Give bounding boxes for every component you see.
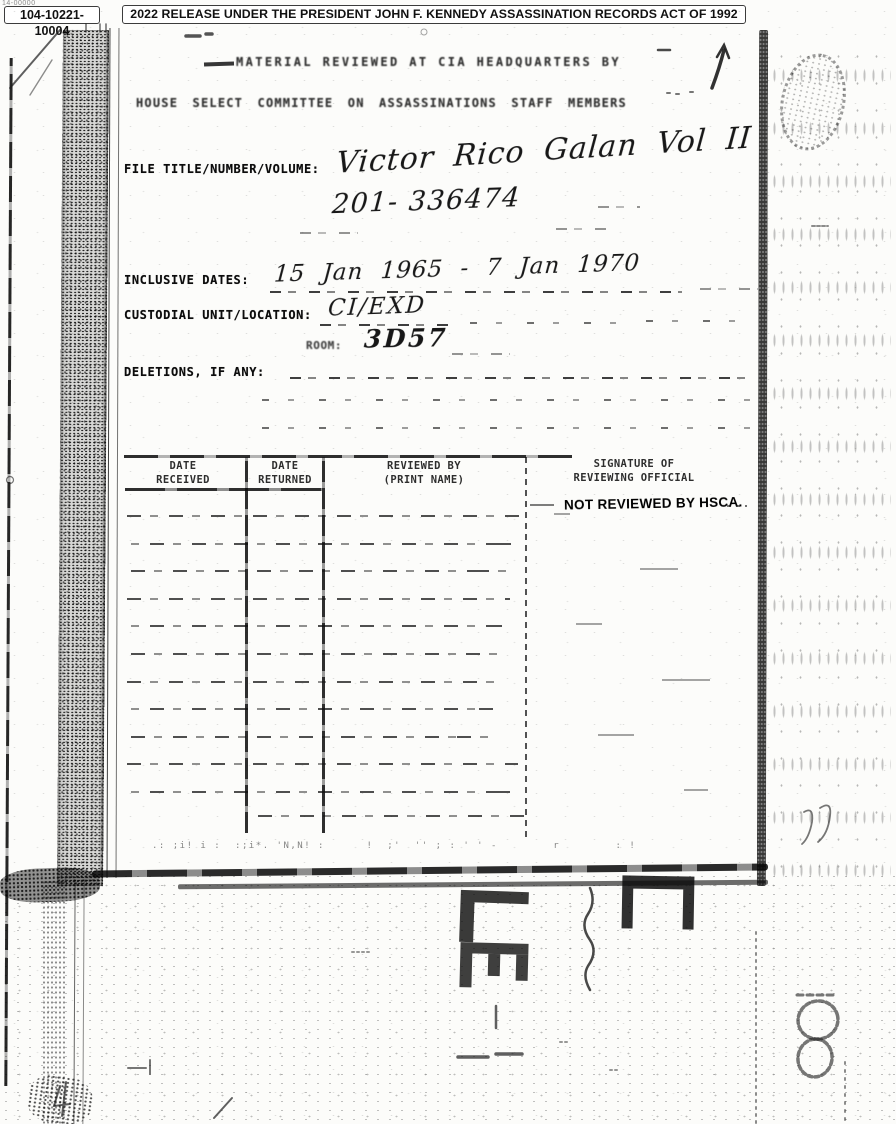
table-column-divider [245, 457, 248, 833]
row-fragment-dash [640, 568, 678, 570]
bottom-region-noise [0, 872, 896, 1124]
bottom-corner-smudge [25, 1072, 95, 1124]
row-fragment-dash [576, 623, 602, 625]
illegible-footer-text: .: ;i! i : :;i*. 'N,N! : ! ;' '' ; : ' '… [152, 841, 636, 851]
inclusive-dates-handwritten: 15 Jan 1965 - 7 Jan 1970 [273, 250, 641, 288]
blank-dashes [452, 353, 510, 355]
room-label: ROOM: [306, 339, 342, 352]
binding-shadow-band [57, 30, 109, 886]
blank-dashes [646, 320, 758, 322]
empty-review-row [127, 791, 515, 793]
binding-crease-bottom [73, 880, 84, 1124]
table-header-underline [125, 488, 322, 491]
page-right-fold-edge [757, 30, 768, 886]
blank-dashes [300, 232, 358, 234]
file-number-handwritten: 201- 336474 [331, 183, 522, 221]
custodial-unit-handwritten: CI/EXD [327, 292, 427, 322]
row-fragment-dash [684, 789, 708, 791]
custodial-unit-label: CUSTODIAL UNIT/LOCATION: [124, 308, 312, 322]
empty-review-row [127, 543, 516, 545]
empty-review-row [127, 570, 513, 572]
empty-review-row [258, 815, 526, 817]
form-title-line2: HOUSE SELECT COMMITTEE ON ASSASSINATIONS… [136, 96, 627, 110]
col-header-date-returned: DATE RETURNED [250, 459, 320, 487]
row-fragment-dash [662, 679, 710, 681]
review-table: DATE RECEIVED DATE RETURNED REVIEWED BY … [124, 455, 746, 839]
folder-pi-mark [622, 875, 695, 929]
col-header-date-received: DATE RECEIVED [142, 459, 224, 487]
room-handwritten: 3D57 [363, 323, 448, 353]
binding-crease-lines [107, 28, 120, 878]
row-fragment-dash [598, 734, 634, 736]
form-title-line1: MATERIAL REVIEWED AT CIA HEADQUARTERS BY [236, 55, 621, 69]
binding-shadow-bottom [42, 880, 66, 1124]
table-column-divider [322, 457, 325, 833]
bottom-left-smudge [0, 866, 101, 903]
empty-review-row [127, 736, 495, 738]
scan-left-edge-line [4, 58, 12, 1086]
right-margin-noise [769, 38, 891, 884]
file-title-label: FILE TITLE/NUMBER/VOLUME: [124, 162, 320, 176]
page-bottom-edge [92, 863, 768, 877]
blank-line [262, 427, 758, 429]
col-header-signature: SIGNATURE OF REVIEWING OFFICIAL [569, 457, 699, 485]
empty-review-row [127, 598, 510, 600]
file-title-handwritten: Victor Rico Galan Vol II [335, 120, 753, 181]
empty-review-row [127, 653, 504, 655]
blank-dashes [556, 228, 606, 230]
empty-review-row [127, 625, 507, 627]
dates-underline [270, 291, 682, 293]
record-number-box: 104-10221-10004 [4, 6, 100, 24]
blank-line [262, 399, 758, 401]
stamp-leading-dash [530, 504, 554, 506]
folder-bracket-mark [459, 890, 529, 944]
blank-dashes [700, 288, 758, 290]
page-bottom-edge-shadow [178, 880, 768, 889]
stray-dash-mark [204, 61, 234, 66]
smudge-oval-mark [772, 47, 855, 156]
blank-dashes [470, 322, 630, 324]
empty-review-row [127, 515, 519, 517]
table-top-border [124, 455, 572, 458]
folder-e-mark [459, 942, 528, 989]
inclusive-dates-label: INCLUSIVE DATES: [124, 273, 249, 287]
deletions-label: DELETIONS, IF ANY: [124, 365, 265, 379]
empty-review-row [127, 708, 498, 710]
col-header-reviewed-by: REVIEWED BY (PRINT NAME) [369, 459, 479, 487]
blank-dashes [598, 206, 640, 208]
row-fragment-dash [554, 513, 570, 515]
table-column-divider [525, 457, 527, 837]
empty-review-row [127, 763, 518, 765]
release-banner: 2022 RELEASE UNDER THE PRESIDENT JOHN F.… [122, 5, 746, 24]
empty-review-row [127, 681, 501, 683]
scanned-document-page: 14-00000 104-10221-10004 2022 RELEASE UN… [0, 0, 896, 1124]
deletions-line [290, 377, 758, 379]
not-reviewed-stamp: NOT REVIEWED BY HSCA. [564, 494, 743, 512]
